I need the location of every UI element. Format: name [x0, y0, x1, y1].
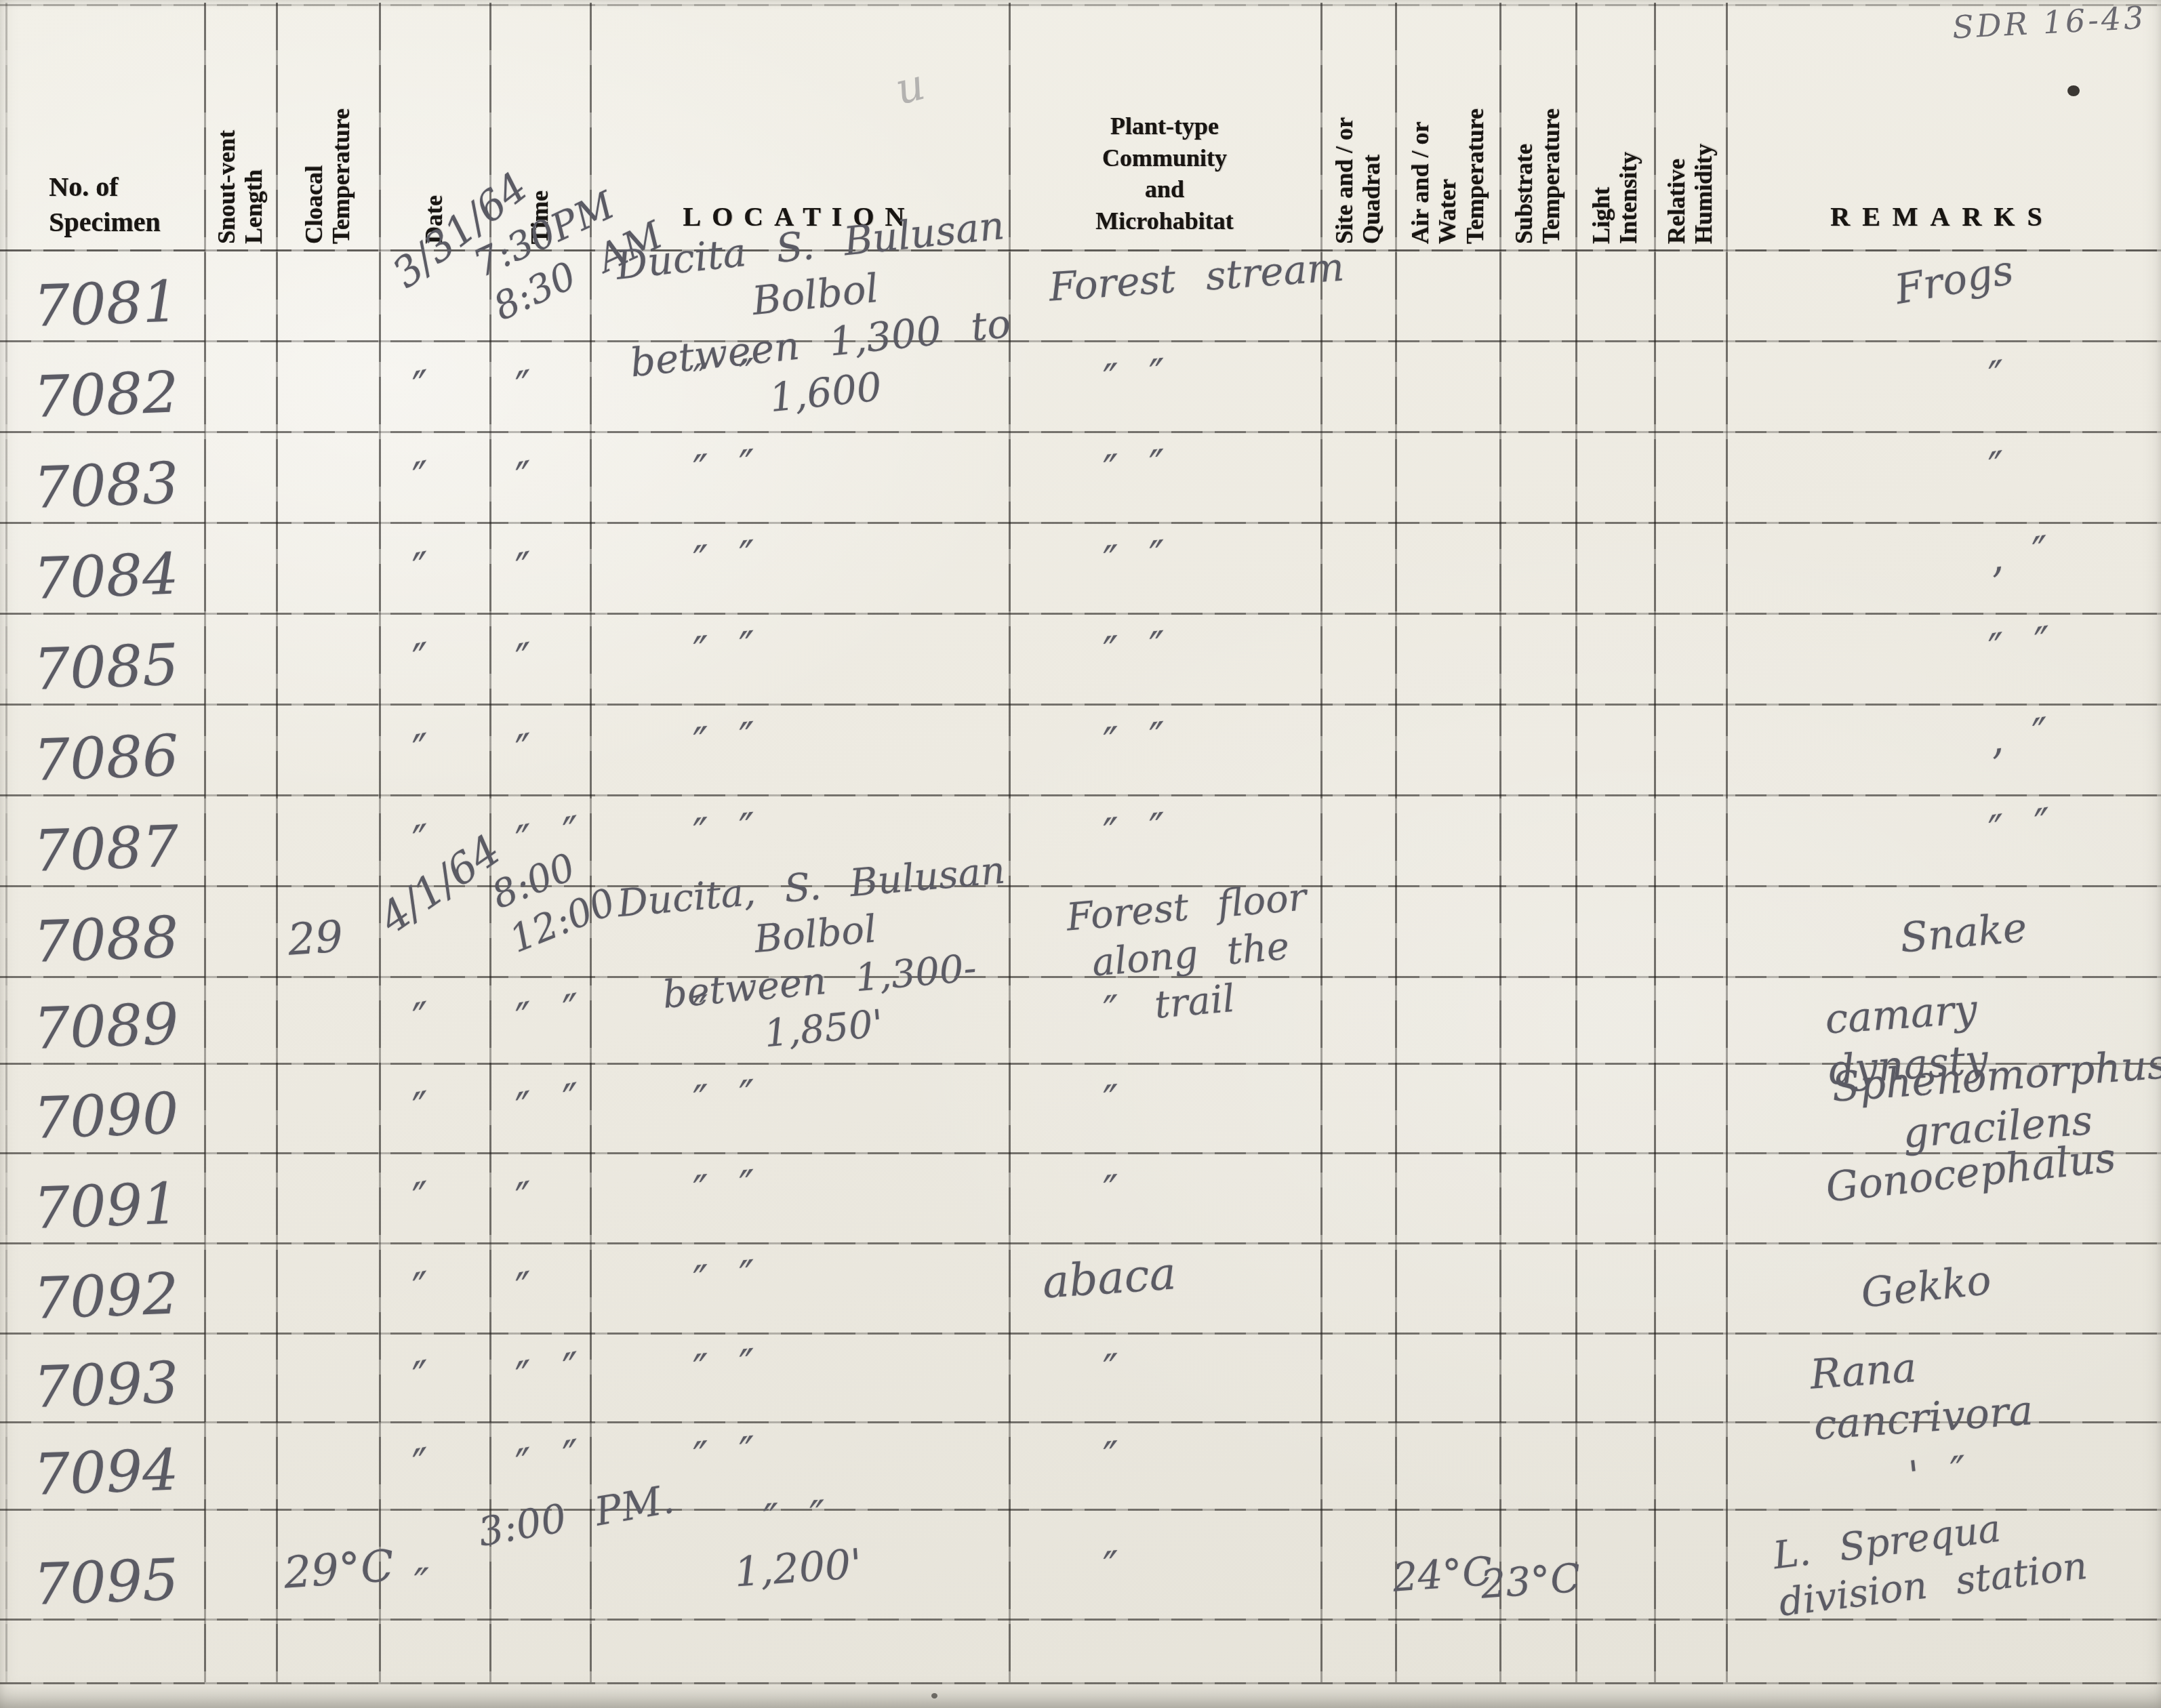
field-data-sheet: No. of SpecimenSnout-vent LengthCloacal … [0, 0, 2161, 1708]
cell-7086-plant: ″ ″ [1102, 712, 1168, 769]
cell-7085-time: ″ [512, 632, 537, 686]
cell-7087-specimen: 7087 [33, 811, 180, 887]
column-header-plant: Plant-type Community and Microhabitat [1009, 0, 1320, 244]
column-header-label-substrate: Substrate Temperature [1510, 108, 1565, 244]
grid-line-horizontal [0, 1682, 2161, 1684]
cell-7094-plant: ″ [1102, 1431, 1122, 1484]
cell-7094-location: ″ ″ [691, 1426, 758, 1483]
column-header-label-light: Light Intensity [1588, 152, 1642, 244]
cell-7086-date: ″ [409, 723, 434, 777]
cell-7088-location: Ducita, S. Bulusan Bolbol between 1,300-… [597, 845, 1038, 1072]
cell-7092-date: ″ [409, 1261, 434, 1315]
grid-line-horizontal [0, 1242, 2161, 1244]
column-header-label-specimen: No. of Specimen [49, 169, 160, 244]
cell-7092-specimen: 7092 [33, 1259, 180, 1335]
cell-7095-plant: ″ [1102, 1541, 1122, 1593]
cell-7095-time: 3:00 PM. [474, 1474, 678, 1557]
cell-7087-remarks: ″ ″ [1986, 798, 2054, 857]
cell-7095-remarks: L. Sprequa division station [1771, 1486, 2161, 1627]
column-header-label-svl: Snout-vent Length [213, 130, 268, 244]
cell-7082-location: ″ ″ [691, 348, 758, 405]
cell-7093-specimen: 7093 [33, 1347, 180, 1423]
cell-7089-time: ″ ″ [512, 983, 584, 1046]
cell-7086-location: ″ ″ [691, 712, 758, 769]
cell-7093-time: ″ ″ [512, 1341, 584, 1404]
cell-7095-substrate: 23°C [1479, 1553, 1582, 1610]
cell-7095-specimen: 7095 [33, 1545, 180, 1621]
cell-7088-specimen: 7088 [33, 902, 180, 978]
grid-line-vertical [5, 3, 7, 1682]
grid-line-horizontal [0, 885, 2161, 887]
cell-7085-plant: ″ ″ [1102, 621, 1168, 678]
grid-line-vertical [1395, 3, 1397, 1682]
cell-7090-date: ″ [409, 1080, 434, 1135]
cell-7091-date: ″ [409, 1171, 434, 1225]
cell-7094-time: ″ ″ [512, 1429, 584, 1492]
column-header-label-airwater: Air and / or Water Temperature [1407, 108, 1489, 244]
column-header-label-plant: Plant-type Community and Microhabitat [1095, 110, 1233, 244]
column-header-light: Light Intensity [1575, 0, 1654, 244]
cell-7084-date: ″ [409, 541, 434, 595]
grid-line-horizontal [0, 249, 2161, 251]
grid-line-vertical [204, 3, 206, 1682]
cell-7088-plant: Forest floor along the trail [1049, 872, 1332, 1038]
grid-line-horizontal [0, 1333, 2161, 1335]
cell-7088-cloacal: 29 [286, 910, 345, 967]
cell-7092-remarks: Gekko [1859, 1255, 1994, 1320]
cell-7084-remarks: ‚ ″ [1986, 526, 2052, 584]
cell-7089-specimen: 7089 [33, 989, 180, 1065]
cell-7092-time: ″ [512, 1261, 537, 1315]
ink-blot-speck [2067, 85, 2080, 96]
cell-7082-time: ″ [512, 359, 537, 413]
cell-7093-location: ″ ″ [691, 1339, 758, 1396]
grid-line-vertical [1726, 3, 1728, 1682]
cell-7090-location: ″ ″ [691, 1070, 758, 1126]
cell-7081-specimen: 7081 [33, 266, 180, 342]
cell-7083-location: ″ ″ [691, 439, 758, 496]
column-header-label-remarks: REMARKS [1830, 199, 2054, 244]
cell-7084-location: ″ ″ [691, 530, 758, 587]
cell-7083-time: ″ [512, 450, 537, 504]
cell-7093-plant: ″ [1102, 1344, 1122, 1396]
grid-line-horizontal [0, 522, 2161, 524]
cell-7083-date: ″ [409, 450, 434, 504]
grid-line-vertical [1654, 3, 1656, 1682]
column-header-label-cloacal: Cloacal Temperature [300, 108, 355, 244]
column-header-label-site: Site and / or Quadrat [1331, 117, 1386, 244]
cell-7085-date: ″ [409, 632, 434, 686]
grid-line-horizontal [0, 340, 2161, 342]
cell-7086-remarks: ‚ ″ [1986, 708, 2052, 766]
cell-7092-plant: abaca [1041, 1246, 1178, 1311]
cell-7094-remarks: ' ″ [1906, 1446, 1968, 1502]
grid-line-horizontal [0, 613, 2161, 615]
cell-7082-plant: ″ ″ [1102, 348, 1168, 405]
cell-7095-cloacal: 29°C [282, 1539, 396, 1601]
cell-7081-location: Ducita S. Bulusan Bolbol between 1,300 t… [602, 199, 1034, 438]
grid-line-horizontal [0, 704, 2161, 706]
cell-7083-plant: ″ ″ [1102, 439, 1168, 496]
grid-line-horizontal [0, 1509, 2161, 1511]
grid-line-horizontal [0, 794, 2161, 796]
cell-7084-specimen: 7084 [33, 539, 180, 615]
cell-7093-date: ″ [409, 1349, 434, 1404]
cell-7090-plant: ″ [1102, 1075, 1122, 1127]
cell-7091-time: ″ [512, 1171, 537, 1225]
column-header-site: Site and / or Quadrat [1320, 0, 1395, 244]
cell-7091-specimen: 7091 [33, 1168, 180, 1244]
cell-7084-plant: ″ ″ [1102, 530, 1168, 587]
cell-7082-specimen: 7082 [33, 357, 180, 433]
grid-line-vertical [1575, 3, 1577, 1682]
cell-7085-location: ″ ″ [691, 621, 758, 678]
cell-7088-remarks: Snake [1898, 903, 2029, 964]
cell-7086-specimen: 7086 [33, 720, 180, 796]
cell-7084-time: ″ [512, 541, 537, 595]
cell-7081-plant: Forest stream [1047, 243, 1346, 312]
cell-7082-date: ″ [409, 359, 434, 413]
cell-7094-date: ″ [409, 1437, 434, 1491]
column-header-specimen: No. of Specimen [5, 0, 204, 244]
cell-7082-remarks: ″ [1986, 350, 2008, 403]
cell-7085-specimen: 7085 [33, 630, 180, 706]
cell-7087-location: ″ ″ [691, 802, 758, 859]
cell-7083-specimen: 7083 [33, 448, 180, 524]
column-header-substrate: Substrate Temperature [1499, 0, 1575, 244]
cell-7095-airwater: 24°C [1391, 1547, 1494, 1603]
column-header-label-humidity: Relative Humidity [1663, 144, 1718, 244]
column-header-cloacal: Cloacal Temperature [276, 0, 379, 244]
grid-line-vertical [379, 3, 381, 1682]
cell-7095-date: ″ [413, 1558, 430, 1610]
cell-7091-location: ″ ″ [691, 1160, 758, 1217]
cell-7090-time: ″ ″ [512, 1072, 584, 1135]
cell-7091-plant: ″ [1102, 1165, 1122, 1217]
grid-line-vertical [1499, 3, 1501, 1682]
cell-7081-remarks: Frogs [1891, 245, 2017, 316]
column-header-humidity: Relative Humidity [1654, 0, 1726, 244]
column-header-svl: Snout-vent Length [204, 0, 276, 244]
cell-7087-plant: ″ ″ [1102, 802, 1168, 859]
cell-7085-remarks: ″ ″ [1986, 616, 2054, 675]
cell-7093-remarks: Rana cancrivora [1809, 1326, 2161, 1452]
grid-line-horizontal [0, 431, 2161, 433]
grid-line-vertical [276, 3, 278, 1682]
cell-7090-specimen: 7090 [33, 1078, 180, 1154]
cell-7089-date: ″ [409, 991, 434, 1045]
cell-7086-time: ″ [512, 723, 537, 777]
paper-speck [931, 1693, 937, 1699]
cell-7095-location: ″ ″ 1,200' [698, 1486, 895, 1600]
column-header-airwater: Air and / or Water Temperature [1395, 0, 1499, 244]
cell-7094-specimen: 7094 [33, 1435, 180, 1511]
cell-7083-remarks: ″ [1986, 441, 2008, 493]
cell-7092-location: ″ ″ [691, 1250, 758, 1307]
